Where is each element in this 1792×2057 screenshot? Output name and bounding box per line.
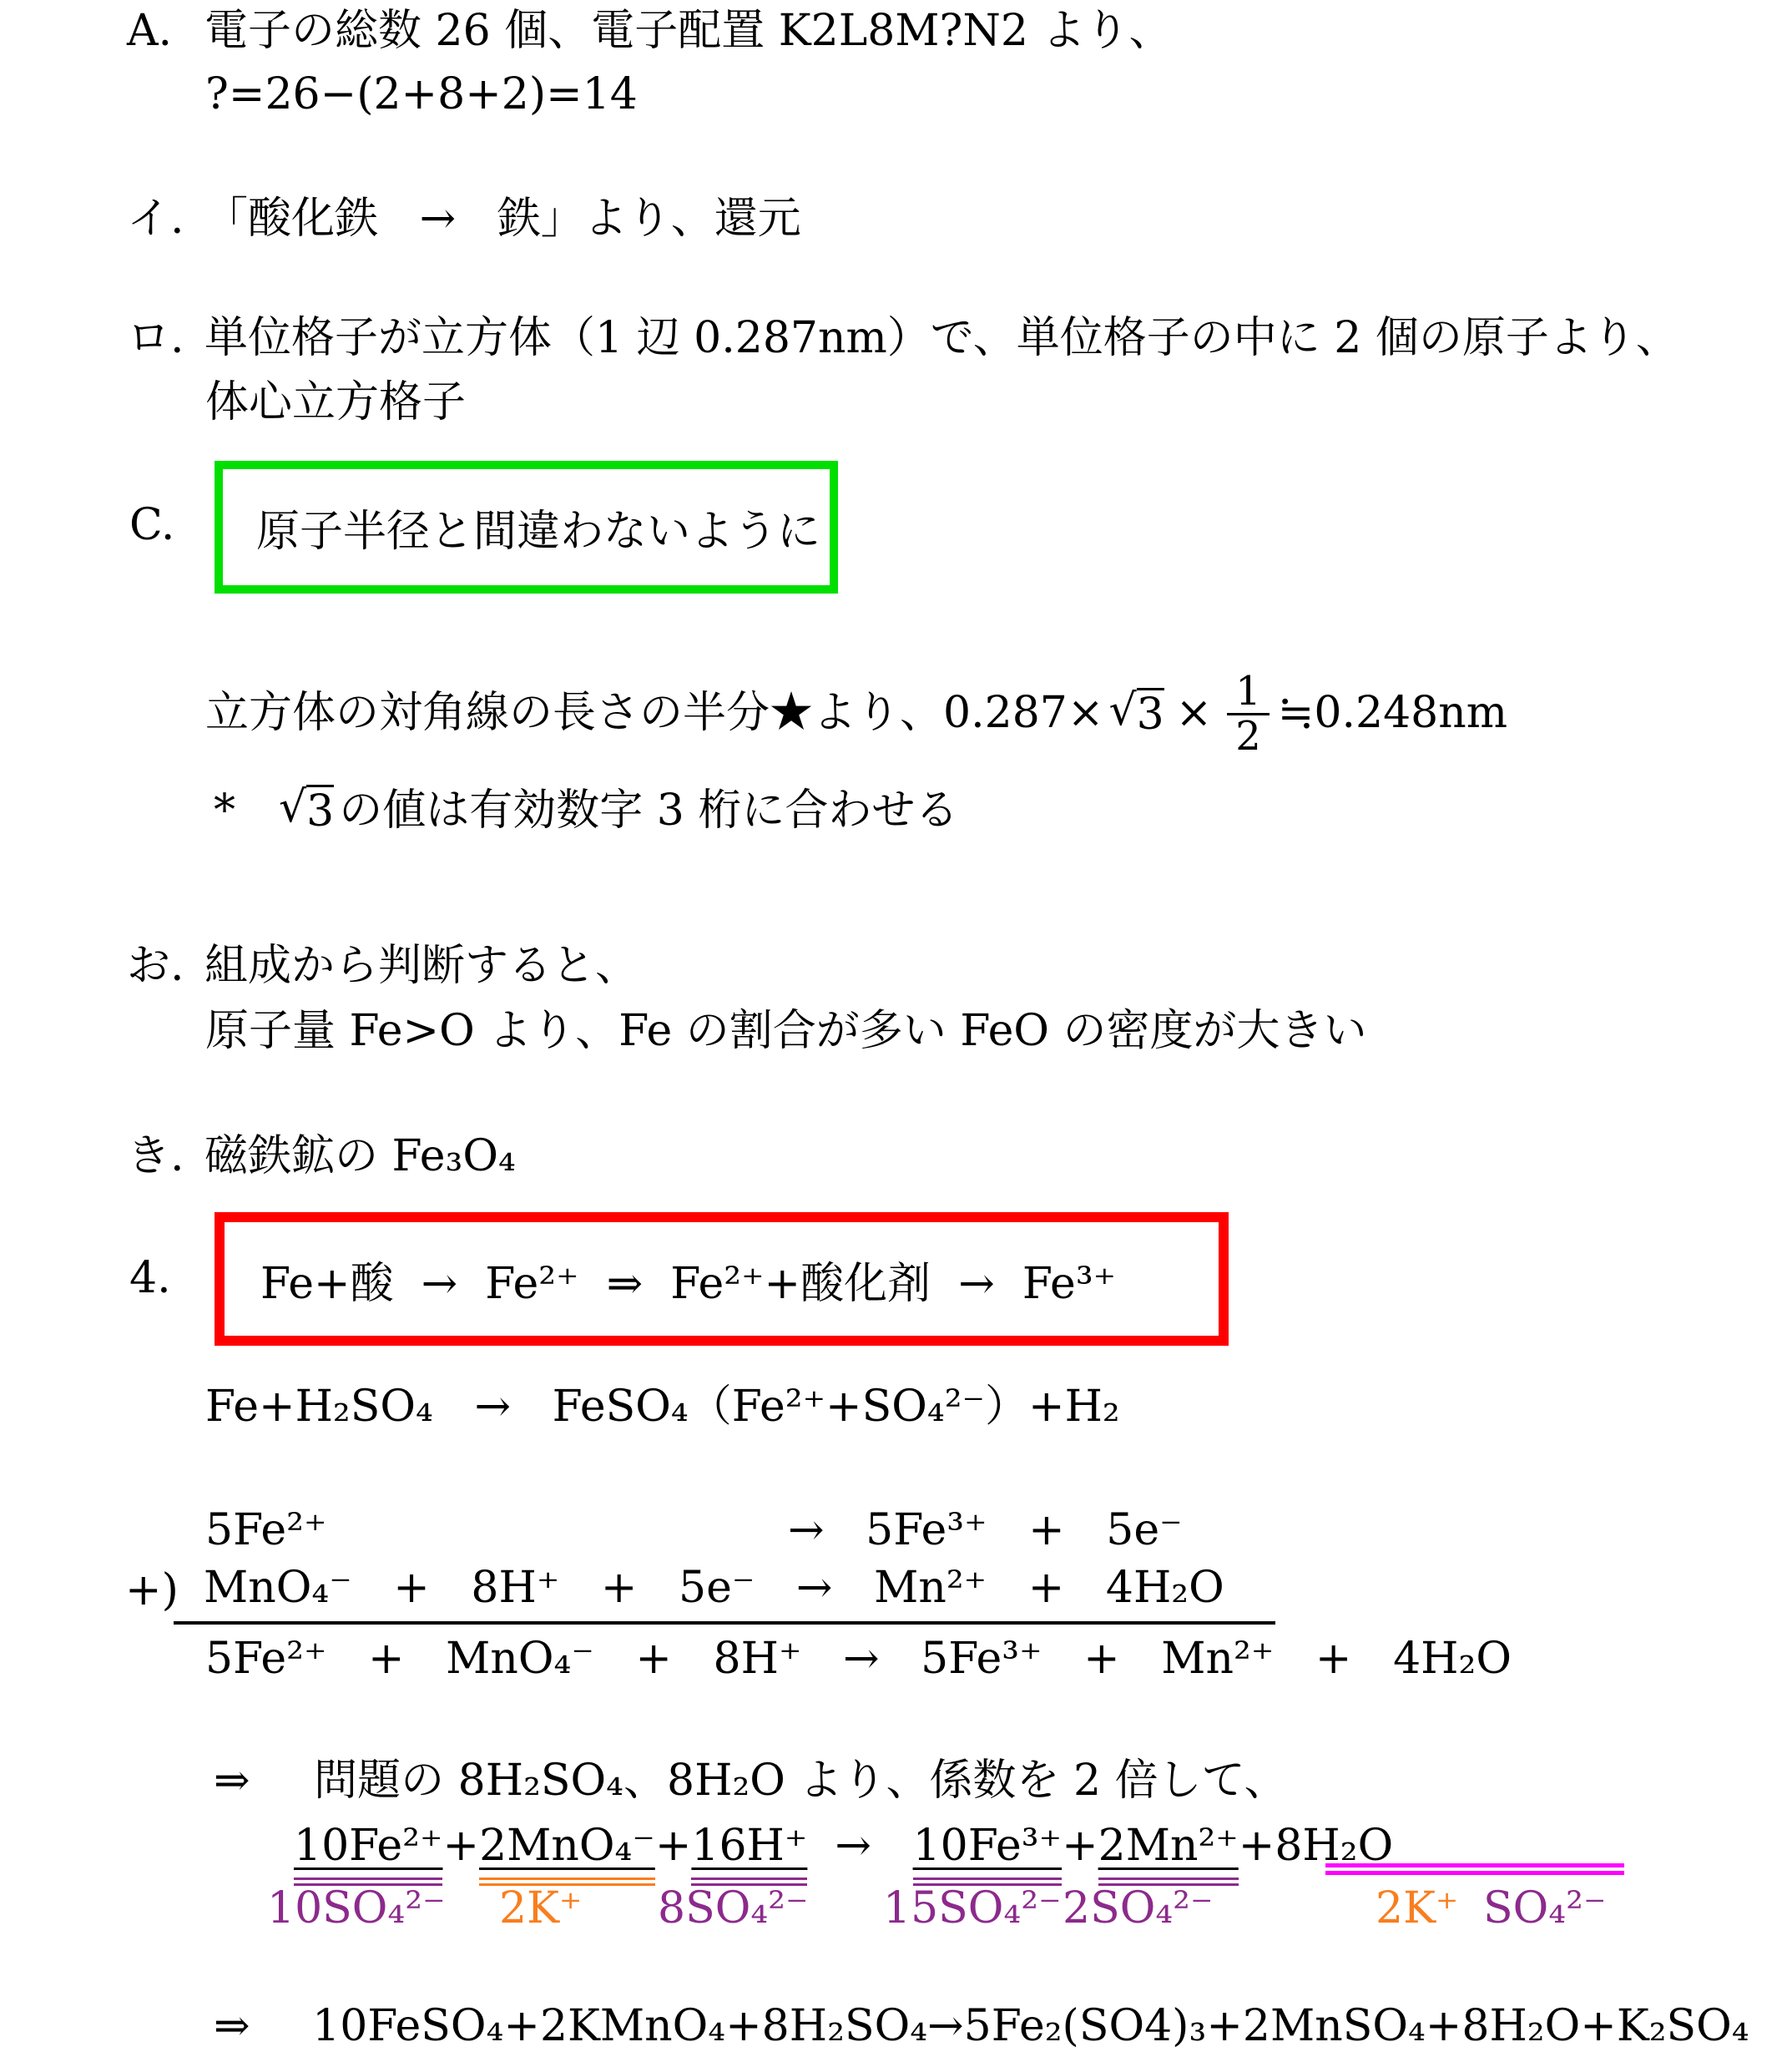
ion-2so4: 2SO₄²⁻ bbox=[1063, 1883, 1213, 1933]
half2-equation: MnO₄⁻ + 8H⁺ + 5e⁻ → Mn²⁺ + 4H₂O bbox=[204, 1563, 1224, 1613]
formula-pre-text: 立方体の対角線の長さの半分★より、0.287× bbox=[205, 689, 1103, 739]
fraction-numerator: 1 bbox=[1227, 670, 1270, 715]
red-box-text: Fe+酸 → Fe²⁺ ⇒ Fe²⁺+酸化剤 → Fe³⁺ bbox=[260, 1248, 1116, 1311]
ion-so4: SO₄²⁻ bbox=[1483, 1883, 1606, 1933]
term-10fe3: 10Fe³⁺ bbox=[913, 1822, 1062, 1886]
feso4-equation-line: Fe+H₂SO₄ → FeSO₄（Fe²⁺+SO₄²⁻）+H₂ bbox=[205, 1382, 1120, 1433]
note-radical-sign: √ bbox=[279, 783, 306, 833]
note-radicand: 3 bbox=[306, 785, 334, 837]
section-i-label: イ. bbox=[127, 195, 204, 245]
sqrt-3-expression: √3 bbox=[1108, 688, 1164, 740]
feso4-equation: Fe+H₂SO₄ → FeSO₄（Fe²⁺+SO₄²⁻）+H₂ bbox=[205, 1382, 1120, 1432]
section-a-line1: A.電子の総数 26 個、電子配置 K2L8M?N2 より、 bbox=[127, 7, 1173, 57]
section-4-label: 4. bbox=[129, 1253, 171, 1303]
section-o-text2: 原子量 Fe>O より、Fe の割合が多い FeO の密度が大きい bbox=[205, 1006, 1367, 1056]
plus-1: + bbox=[442, 1821, 479, 1871]
fraction-denominator: 2 bbox=[1227, 715, 1270, 757]
fraction-one-half: 12 bbox=[1227, 670, 1270, 757]
addition-sign: +) bbox=[125, 1565, 179, 1615]
chemistry-answer-sheet: A.電子の総数 26 個、電子配置 K2L8M?N2 より、 ?=26−(2+8… bbox=[0, 0, 1792, 2057]
plus-3: + bbox=[1062, 1821, 1098, 1871]
section-c-label-line: C. bbox=[129, 501, 174, 551]
half-reaction-2-underlined: MnO₄⁻ + 8H⁺ + 5e⁻ → Mn²⁺ + 4H₂O bbox=[174, 1563, 1275, 1625]
note-sqrt-expression: √3 bbox=[279, 785, 334, 837]
half1-products: → 5Fe³⁺ + 5e⁻ bbox=[788, 1505, 1183, 1555]
section-a-text: 電子の総数 26 個、電子配置 K2L8M?N2 より、 bbox=[204, 6, 1173, 56]
ion-15so4: 15SO₄²⁻ bbox=[883, 1883, 1062, 1933]
radicand: 3 bbox=[1137, 688, 1164, 740]
section-a-label: A. bbox=[127, 7, 204, 57]
section-a-line2: ?=26−(2+8+2)=14 bbox=[205, 70, 638, 120]
half-reaction-1-left: 5Fe²⁺ bbox=[205, 1506, 326, 1556]
plus-paren-label: +) bbox=[125, 1566, 179, 1616]
ion-10so4: 10SO₄²⁻ bbox=[267, 1883, 446, 1933]
doubled-equation-line: 10Fe²⁺+2MnO₄⁻+16H⁺ → 10Fe³⁺+2Mn²⁺+8H₂O bbox=[294, 1822, 1393, 1886]
doubling-note-text: 問題の 8H₂SO₄、8H₂O より、係数を 2 倍して、 bbox=[314, 1756, 1287, 1806]
plus-2: + bbox=[655, 1821, 692, 1871]
sum-equation-line: 5Fe²⁺ + MnO₄⁻ + 8H⁺ → 5Fe³⁺ + Mn²⁺ + 4H₂… bbox=[205, 1635, 1512, 1685]
half-reaction-1-right: → 5Fe³⁺ + 5e⁻ bbox=[788, 1506, 1183, 1556]
green-highlight-box: 原子半径と間違わないように bbox=[215, 461, 838, 594]
doubling-note-line: ⇒ 問題の 8H₂SO₄、8H₂O より、係数を 2 倍して、 bbox=[214, 1756, 1288, 1807]
term-2mno4: 2MnO₄⁻ bbox=[479, 1822, 655, 1886]
section-ro-text2: 体心立方格子 bbox=[205, 377, 466, 427]
note-text: の値は有効数字 3 桁に合わせる bbox=[339, 786, 958, 836]
section-i-text: 「酸化鉄 → 鉄」より、還元 bbox=[204, 194, 801, 244]
section-a-equation: ?=26−(2+8+2)=14 bbox=[205, 69, 638, 119]
final-equation-line: ⇒ 10FeSO₄+2KMnO₄+8H₂SO₄→5Fe₂(SO4)₃+2MnSO… bbox=[214, 2002, 1749, 2052]
final-equation: 10FeSO₄+2KMnO₄+8H₂SO₄→5Fe₂(SO4)₃+2MnSO₄+… bbox=[312, 2001, 1749, 2051]
magenta-double-rule bbox=[1325, 1852, 1624, 1875]
sqrt-note-line: * √3 の値は有効数字 3 桁に合わせる bbox=[214, 785, 958, 837]
half1-reactant: 5Fe²⁺ bbox=[205, 1505, 326, 1555]
section-ki-text: 磁鉄鉱の Fe₃O₄ bbox=[204, 1131, 516, 1181]
asterisk-marker: * bbox=[214, 786, 235, 836]
section-i-line: イ.「酸化鉄 → 鉄」より、還元 bbox=[127, 195, 801, 245]
section-o-line1: お.組成から判断すると、 bbox=[127, 942, 639, 992]
section-o-text1: 組成から判断すると、 bbox=[204, 941, 639, 991]
section-o-label: お. bbox=[127, 942, 204, 992]
section-ro-line2: 体心立方格子 bbox=[205, 378, 466, 428]
red-highlight-box: Fe+酸 → Fe²⁺ ⇒ Fe²⁺+酸化剤 → Fe³⁺ bbox=[215, 1212, 1229, 1346]
doubling-note-arrow: ⇒ bbox=[214, 1756, 250, 1806]
term-10fe2: 10Fe²⁺ bbox=[294, 1822, 442, 1886]
green-box-text: 原子半径と間違わないように bbox=[256, 496, 820, 558]
times-sign: × bbox=[1176, 689, 1213, 739]
ion-2k-right: 2K⁺ bbox=[1376, 1883, 1458, 1933]
radical-sign: √ bbox=[1108, 686, 1136, 736]
section-ro-text1: 単位格子が立方体（1 辺 0.287nm）で、単位格子の中に 2 個の原子より、 bbox=[204, 313, 1679, 363]
ion-2k-left: 2K⁺ bbox=[499, 1883, 582, 1933]
formula-result-text: ≒0.248nm bbox=[1278, 689, 1507, 739]
sum-equation: 5Fe²⁺ + MnO₄⁻ + 8H⁺ → 5Fe³⁺ + Mn²⁺ + 4H₂… bbox=[205, 1634, 1512, 1684]
ion-8so4: 8SO₄²⁻ bbox=[658, 1883, 808, 1933]
term-2mn2: 2Mn²⁺ bbox=[1098, 1822, 1239, 1886]
section-ki-line: き.磁鉄鉱の Fe₃O₄ bbox=[127, 1132, 516, 1182]
section-ro-line1: ロ.単位格子が立方体（1 辺 0.287nm）で、単位格子の中に 2 個の原子よ… bbox=[127, 314, 1679, 364]
diagonal-formula-line: 立方体の対角線の長さの半分★より、0.287× √3 × 12 ≒0.248nm bbox=[205, 651, 1507, 776]
final-arrow: ⇒ bbox=[214, 2001, 250, 2051]
section-ro-label: ロ. bbox=[127, 314, 204, 364]
section-o-line2: 原子量 Fe>O より、Fe の割合が多い FeO の密度が大きい bbox=[205, 1007, 1367, 1057]
doubled-arrow: → bbox=[807, 1821, 912, 1871]
section-4-label-line: 4. bbox=[129, 1254, 171, 1304]
section-c-label: C. bbox=[129, 500, 174, 550]
section-ki-label: き. bbox=[127, 1132, 204, 1182]
term-16h: 16H⁺ bbox=[691, 1822, 807, 1886]
